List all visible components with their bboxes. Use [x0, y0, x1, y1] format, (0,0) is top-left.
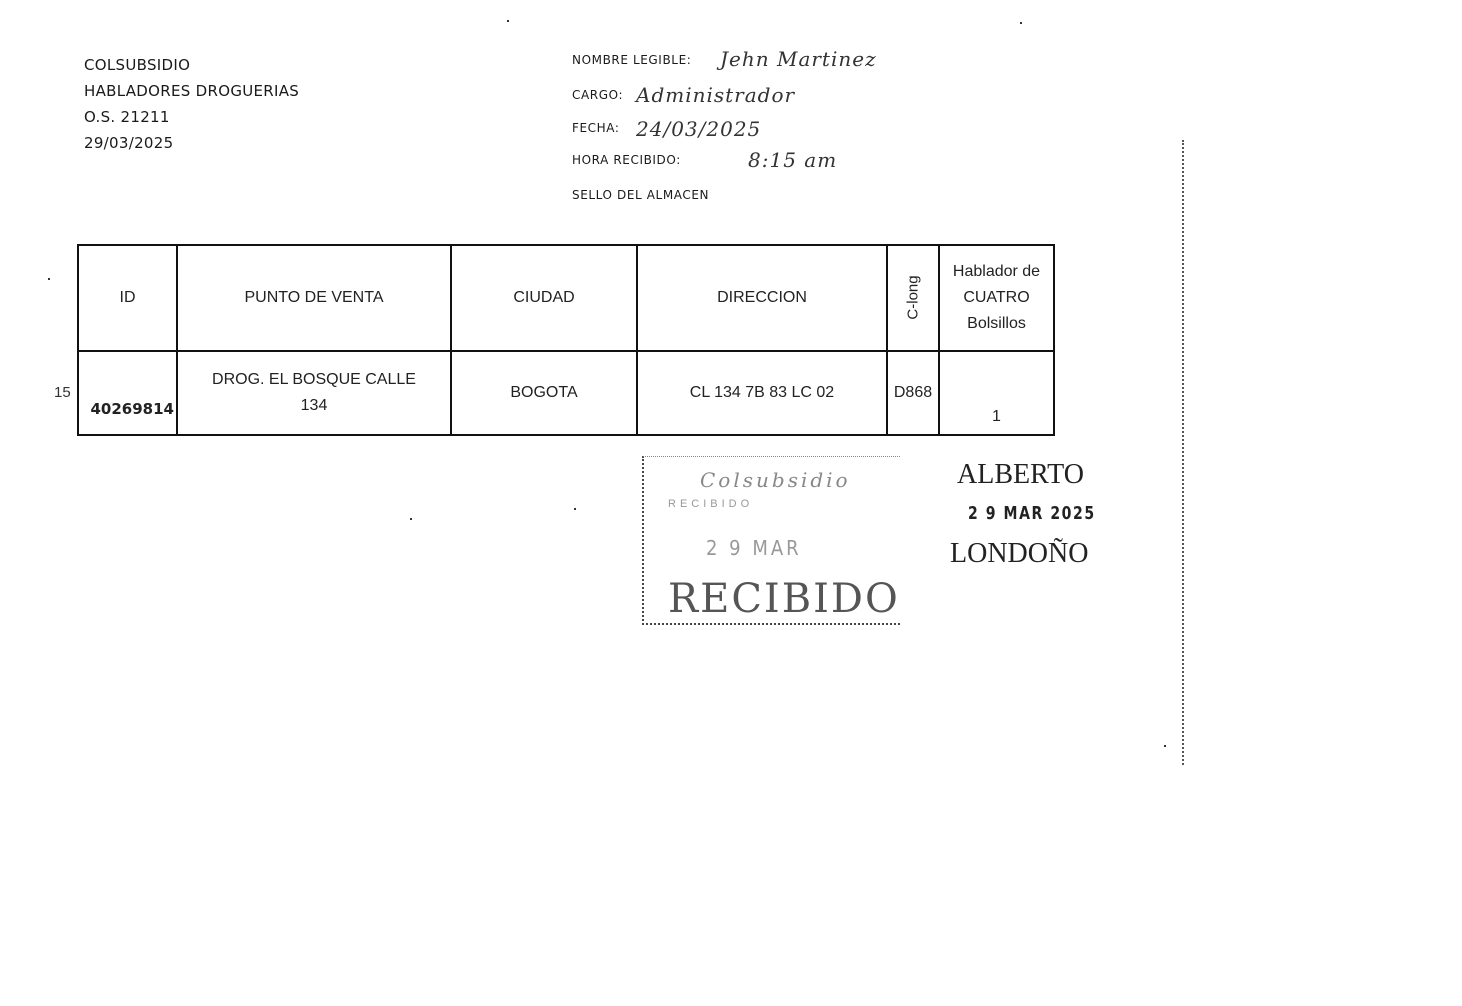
- cell-punto-de-venta: DROG. EL BOSQUE CALLE 134: [177, 351, 451, 435]
- header-c-long: C-long: [887, 245, 939, 351]
- name-handwritten-value: Jehn Martinez: [720, 47, 877, 71]
- delivery-table: ID PUNTO DE VENTA CIUDAD DIRECCION C-lon…: [77, 244, 1055, 436]
- header-punto-de-venta: PUNTO DE VENTA: [177, 245, 451, 351]
- signature-date: 2 9 MAR 2025: [968, 503, 1096, 524]
- signature-last-name: LONDOÑO: [950, 538, 1088, 570]
- cell-id: 40269814: [78, 351, 177, 435]
- store-stamp-subtext: RECIBIDO: [668, 498, 753, 510]
- seal-label: SELLO DEL ALMACEN: [572, 188, 709, 202]
- service-order-number: O.S. 21211: [84, 104, 299, 130]
- table-header-row: ID PUNTO DE VENTA CIUDAD DIRECCION C-lon…: [78, 245, 1054, 351]
- cell-cantidad: 1: [939, 351, 1054, 435]
- signature-first-name: ALBERTO: [957, 459, 1084, 491]
- scan-speck: [574, 508, 576, 510]
- scan-speck: [507, 20, 509, 22]
- scan-speck: [410, 518, 412, 520]
- header-direccion: DIRECCION: [637, 245, 887, 351]
- document-header: COLSUBSIDIO HABLADORES DROGUERIAS O.S. 2…: [84, 52, 299, 156]
- name-field: NOMBRE LEGIBLE:: [572, 53, 691, 67]
- name-label: NOMBRE LEGIBLE:: [572, 53, 691, 67]
- store-stamp-recibido: RECIBIDO: [668, 576, 900, 622]
- date-field: FECHA:: [572, 121, 620, 135]
- table-row: 40269814 DROG. EL BOSQUE CALLE 134 BOGOT…: [78, 351, 1054, 435]
- position-label: CARGO:: [572, 88, 623, 102]
- date-handwritten-value: 24/03/2025: [636, 117, 761, 141]
- cell-direccion: CL 134 7B 83 LC 02: [637, 351, 887, 435]
- header-c-long-label: C-long: [905, 275, 922, 319]
- position-handwritten-value: Administrador: [636, 83, 795, 107]
- cell-cantidad-value: 1: [940, 352, 1053, 426]
- header-ciudad: CIUDAD: [451, 245, 637, 351]
- cell-c-long: D868: [887, 351, 939, 435]
- cell-ciudad: BOGOTA: [451, 351, 637, 435]
- scan-speck: [48, 278, 50, 280]
- store-stamp-date: 2 9 MAR: [706, 536, 802, 560]
- cell-id-value: 40269814: [79, 352, 176, 418]
- row-number: 15: [54, 384, 71, 401]
- document-subject: HABLADORES DROGUERIAS: [84, 78, 299, 104]
- scan-margin-line: [1182, 140, 1184, 765]
- scan-speck: [1020, 22, 1022, 24]
- time-label: HORA RECIBIDO:: [572, 153, 681, 167]
- scan-speck: [1164, 745, 1166, 747]
- position-field: CARGO:: [572, 88, 623, 102]
- time-field: HORA RECIBIDO:: [572, 153, 681, 167]
- document-date: 29/03/2025: [84, 130, 299, 156]
- header-id: ID: [78, 245, 177, 351]
- date-label: FECHA:: [572, 121, 620, 135]
- time-handwritten-value: 8:15 am: [748, 148, 837, 172]
- company-name: COLSUBSIDIO: [84, 52, 299, 78]
- store-stamp-logo-text: Colsubsidio: [700, 468, 851, 492]
- header-hablador: Hablador de CUATRO Bolsillos: [939, 245, 1054, 351]
